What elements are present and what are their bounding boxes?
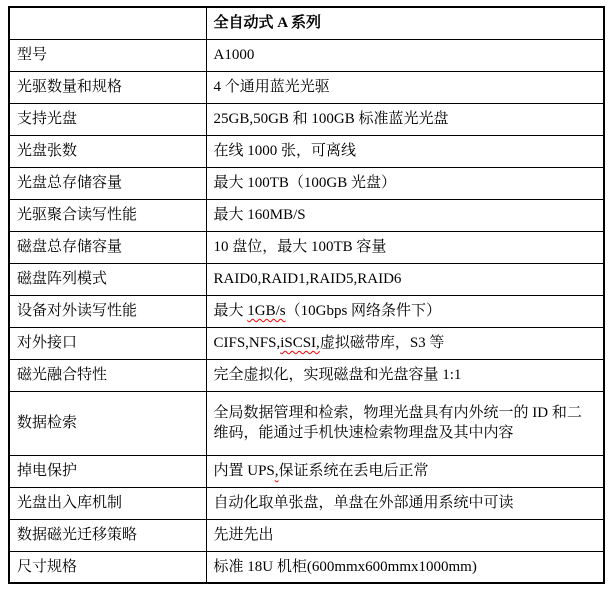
spec-name-cell: 磁光融合特性 <box>9 359 206 391</box>
value-text: RAID0,RAID1,RAID5,RAID6 <box>214 271 402 287</box>
table-row: 磁盘总存储容量10 盘位，最大 100TB 容量 <box>9 231 604 263</box>
spec-table: 全自动式 A 系列型号A1000光驱数量和规格4 个通用蓝光光驱支持光盘25GB… <box>8 6 605 584</box>
value-text: 最大 160MB/S <box>214 207 306 223</box>
spec-name-cell <box>9 7 206 39</box>
value-text: 虚拟磁带库，S3 等 <box>320 335 445 351</box>
value-text: 全自动式 A 系列 <box>214 15 322 31</box>
value-text: CIFS,NFS, <box>214 335 281 351</box>
table-row: 支持光盘25GB,50GB 和 100GB 标准蓝光光盘 <box>9 103 604 135</box>
spec-value-cell: 最大 100TB（100GB 光盘） <box>206 167 604 199</box>
spec-name-cell: 设备对外读写性能 <box>9 295 206 327</box>
value-text: 在线 1000 张，可离线 <box>214 143 357 159</box>
value-text: 标准 18U 机柜(600mmx600mmx1000mm) <box>214 559 477 575</box>
spec-value-cell: 最大 1GB/s（10Gbps 网络条件下） <box>206 295 604 327</box>
spec-name-cell: 光盘张数 <box>9 135 206 167</box>
table-header-row: 全自动式 A 系列 <box>9 7 604 39</box>
table-row: 型号A1000 <box>9 39 604 71</box>
spec-name-cell: 尺寸规格 <box>9 551 206 583</box>
spec-value-cell: A1000 <box>206 39 604 71</box>
table-row: 设备对外读写性能最大 1GB/s（10Gbps 网络条件下） <box>9 295 604 327</box>
spec-value-cell: 全局数据管理和检索，物理光盘具有内外统一的 ID 和二维码，能通过手机快速检索物… <box>206 391 604 455</box>
spec-name-cell: 磁盘总存储容量 <box>9 231 206 263</box>
spellcheck-text: 1GB/s <box>247 303 285 319</box>
value-text: A1000 <box>214 47 255 63</box>
spec-name-cell: 支持光盘 <box>9 103 206 135</box>
table-row: 对外接口CIFS,NFS,iSCSI,虚拟磁带库，S3 等 <box>9 327 604 359</box>
spec-name-cell: 对外接口 <box>9 327 206 359</box>
document-page: 全自动式 A 系列型号A1000光驱数量和规格4 个通用蓝光光驱支持光盘25GB… <box>0 0 611 595</box>
spec-name-cell: 数据检索 <box>9 391 206 455</box>
spec-value-cell: CIFS,NFS,iSCSI,虚拟磁带库，S3 等 <box>206 327 604 359</box>
spec-value-cell: 完全虚拟化，实现磁盘和光盘容量 1:1 <box>206 359 604 391</box>
spec-value-cell: 全自动式 A 系列 <box>206 7 604 39</box>
table-row: 掉电保护内置 UPS,保证系统在丢电后正常 <box>9 455 604 487</box>
spec-name-cell: 光盘总存储容量 <box>9 167 206 199</box>
spec-value-cell: 最大 160MB/S <box>206 199 604 231</box>
spec-value-cell: 在线 1000 张，可离线 <box>206 135 604 167</box>
value-text: 最大 <box>214 303 248 319</box>
spec-name-cell: 型号 <box>9 39 206 71</box>
table-row: 光盘张数在线 1000 张，可离线 <box>9 135 604 167</box>
spec-name-cell: 光驱数量和规格 <box>9 71 206 103</box>
table-row: 尺寸规格标准 18U 机柜(600mmx600mmx1000mm) <box>9 551 604 583</box>
value-text: 内置 UPS <box>214 463 275 479</box>
spec-value-cell: RAID0,RAID1,RAID5,RAID6 <box>206 263 604 295</box>
spec-value-cell: 标准 18U 机柜(600mmx600mmx1000mm) <box>206 551 604 583</box>
value-text: 25GB,50GB 和 100GB 标准蓝光光盘 <box>214 111 449 127</box>
table-row: 数据磁光迁移策略先进先出 <box>9 519 604 551</box>
spec-value-cell: 先进先出 <box>206 519 604 551</box>
spec-value-cell: 10 盘位，最大 100TB 容量 <box>206 231 604 263</box>
value-text: （10Gbps 网络条件下） <box>286 303 441 319</box>
table-row: 光盘出入库机制自动化取单张盘，单盘在外部通用系统中可读 <box>9 487 604 519</box>
table-row: 数据检索全局数据管理和检索，物理光盘具有内外统一的 ID 和二维码，能通过手机快… <box>9 391 604 455</box>
spec-value-cell: 4 个通用蓝光光驱 <box>206 71 604 103</box>
value-text: 保证系统在丢电后正常 <box>279 463 429 479</box>
spec-name-cell: 磁盘阵列模式 <box>9 263 206 295</box>
table-row: 磁光融合特性完全虚拟化，实现磁盘和光盘容量 1:1 <box>9 359 604 391</box>
spellcheck-text: iSCSI, <box>280 335 320 351</box>
table-row: 光驱聚合读写性能最大 160MB/S <box>9 199 604 231</box>
spec-name-cell: 数据磁光迁移策略 <box>9 519 206 551</box>
spec-name-cell: 光驱聚合读写性能 <box>9 199 206 231</box>
spec-name-cell: 光盘出入库机制 <box>9 487 206 519</box>
value-text: 最大 100TB（100GB 光盘） <box>214 175 397 191</box>
value-text: 先进先出 <box>214 527 274 543</box>
table-row: 磁盘阵列模式RAID0,RAID1,RAID5,RAID6 <box>9 263 604 295</box>
value-text: 4 个通用蓝光光驱 <box>214 79 330 95</box>
table-row: 光盘总存储容量最大 100TB（100GB 光盘） <box>9 167 604 199</box>
value-text: 完全虚拟化，实现磁盘和光盘容量 1:1 <box>214 367 462 383</box>
table-row: 光驱数量和规格4 个通用蓝光光驱 <box>9 71 604 103</box>
value-text: 10 盘位，最大 100TB 容量 <box>214 239 387 255</box>
value-text: 全局数据管理和检索，物理光盘具有内外统一的 ID 和二维码，能通过手机快速检索物… <box>214 405 582 441</box>
spec-value-cell: 25GB,50GB 和 100GB 标准蓝光光盘 <box>206 103 604 135</box>
spec-value-cell: 内置 UPS,保证系统在丢电后正常 <box>206 455 604 487</box>
value-text: 自动化取单张盘，单盘在外部通用系统中可读 <box>214 495 514 511</box>
spec-value-cell: 自动化取单张盘，单盘在外部通用系统中可读 <box>206 487 604 519</box>
spec-name-cell: 掉电保护 <box>9 455 206 487</box>
